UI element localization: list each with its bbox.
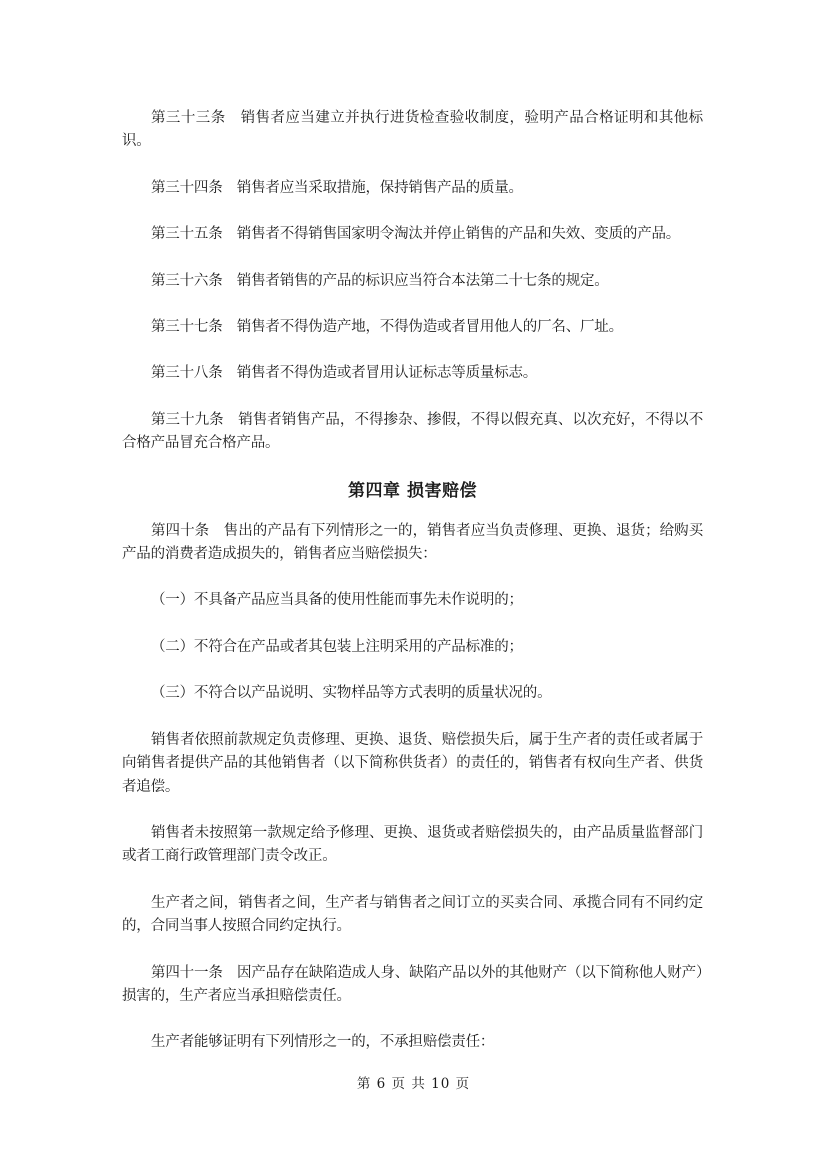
chapter-4-heading: 第四章 损害赔偿 [122, 479, 703, 503]
page-number-footer: 第 6 页 共 10 页 [0, 1072, 827, 1092]
article-40-item-1: （一）不具备产品应当具备的使用性能而事先未作说明的； [122, 589, 703, 612]
article-40-paragraph-2: 销售者依照前款规定负责修理、更换、退货、赔偿损失后，属于生产者的责任或者属于向销… [122, 729, 703, 799]
article-35-paragraph: 第三十五条 销售者不得销售国家明令淘汰并停止销售的产品和失效、变质的产品。 [122, 223, 703, 246]
article-40-paragraph: 第四十条 售出的产品有下列情形之一的，销售者应当负责修理、更换、退货；给购买产品… [122, 520, 703, 567]
article-40-item-3: （三）不符合以产品说明、实物样品等方式表明的质量状况的。 [122, 682, 703, 705]
article-34-paragraph: 第三十四条 销售者应当采取措施，保持销售产品的质量。 [122, 177, 703, 200]
article-39-paragraph: 第三十九条 销售者销售产品，不得掺杂、掺假，不得以假充真、以次充好，不得以不合格… [122, 409, 703, 456]
article-33-paragraph: 第三十三条 销售者应当建立并执行进货检查验收制度，验明产品合格证明和其他标识。 [122, 107, 703, 154]
article-41-paragraph: 第四十一条 因产品存在缺陷造成人身、缺陷产品以外的其他财产（以下简称他人财产）损… [122, 962, 703, 1009]
article-40-paragraph-3: 销售者未按照第一款规定给予修理、更换、退货或者赔偿损失的，由产品质量监督部门或者… [122, 822, 703, 869]
article-40-item-2: （二）不符合在产品或者其包装上注明采用的产品标准的； [122, 636, 703, 659]
article-38-paragraph: 第三十八条 销售者不得伪造或者冒用认证标志等质量标志。 [122, 362, 703, 385]
document-body: 第三十三条 销售者应当建立并执行进货检查验收制度，验明产品合格证明和其他标识。 … [122, 107, 703, 1078]
document-page: 第三十三条 销售者应当建立并执行进货检查验收制度，验明产品合格证明和其他标识。 … [0, 0, 827, 1170]
article-37-paragraph: 第三十七条 销售者不得伪造产地，不得伪造或者冒用他人的厂名、厂址。 [122, 316, 703, 339]
article-40-paragraph-4: 生产者之间，销售者之间，生产者与销售者之间订立的买卖合同、承揽合同有不同约定的，… [122, 892, 703, 939]
article-41-paragraph-2: 生产者能够证明有下列情形之一的，不承担赔偿责任： [122, 1031, 703, 1054]
article-36-paragraph: 第三十六条 销售者销售的产品的标识应当符合本法第二十七条的规定。 [122, 270, 703, 293]
